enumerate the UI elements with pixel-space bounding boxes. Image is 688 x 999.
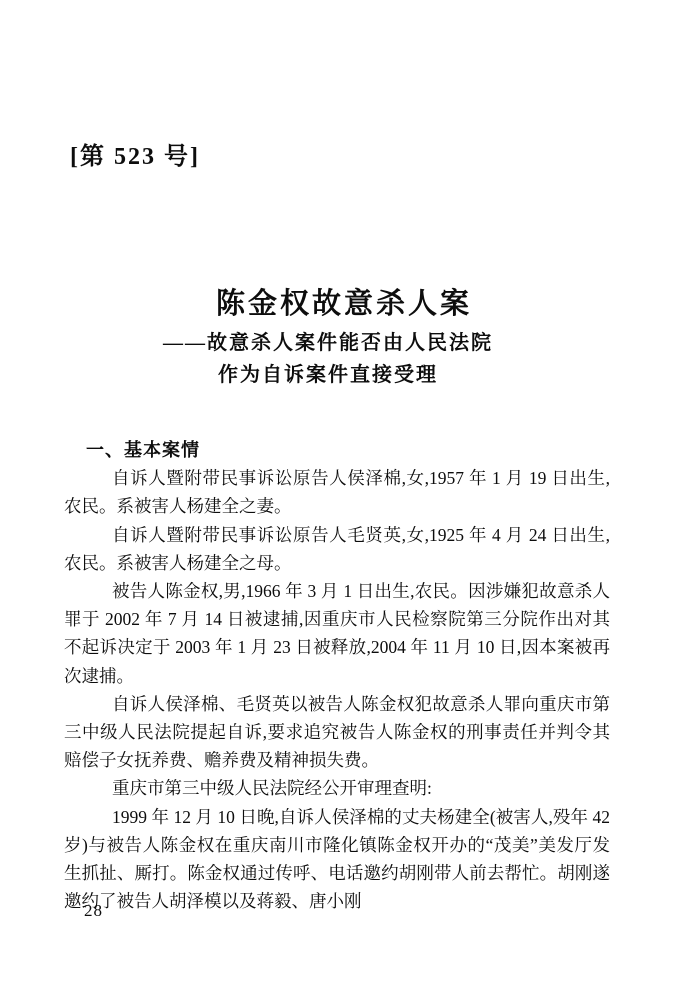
paragraph-plaintiff-2: 自诉人暨附带民事诉讼原告人毛贤英,女,1925 年 4 月 24 日出生,农民。… [64, 521, 610, 577]
subtitle-line-1: ——故意杀人案件能否由人民法院 [163, 327, 493, 359]
paragraph-defendant: 被告人陈金权,男,1966 年 3 月 1 日出生,农民。因涉嫌犯故意杀人罪于 … [64, 577, 610, 690]
paragraph-case-facts: 1999 年 12 月 10 日晚,自诉人侯泽棉的丈夫杨建全(被害人,殁年 42… [64, 803, 610, 916]
section-heading: 一、基本案情 [64, 436, 610, 464]
case-body: 一、基本案情 自诉人暨附带民事诉讼原告人侯泽棉,女,1957 年 1 月 19 … [64, 436, 610, 915]
case-subtitle: ——故意杀人案件能否由人民法院 作为自诉案件直接受理 [163, 327, 493, 391]
document-page: [第 523 号] 陈金权故意杀人案 ——故意杀人案件能否由人民法院 作为自诉案… [0, 0, 688, 999]
paragraph-lawsuit: 自诉人侯泽棉、毛贤英以被告人陈金权犯故意杀人罪向重庆市第三中级人民法院提起自诉,… [64, 690, 610, 775]
paragraph-plaintiff-1: 自诉人暨附带民事诉讼原告人侯泽棉,女,1957 年 1 月 19 日出生,农民。… [64, 464, 610, 520]
page-number: 28 [84, 901, 103, 921]
case-title: 陈金权故意杀人案 [0, 281, 688, 322]
subtitle-line-2: 作为自诉案件直接受理 [163, 359, 493, 391]
case-number-label: [第 523 号] [70, 136, 200, 171]
paragraph-court-finding-intro: 重庆市第三中级人民法院经公开审理查明: [64, 774, 610, 802]
